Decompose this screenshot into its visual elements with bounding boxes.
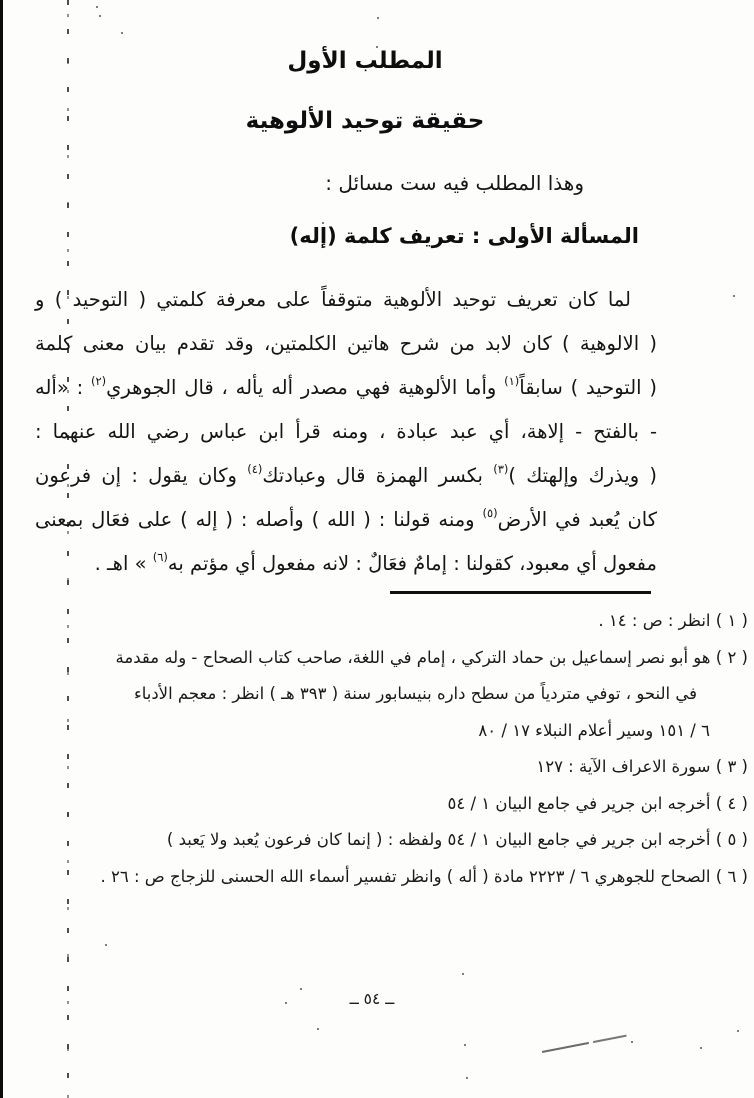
footnote-ref: (٦) xyxy=(153,550,168,564)
footnote-line: ( ٤ ) أخرجه ابن جرير في جامع البيان ١ / … xyxy=(30,787,748,824)
footnote-line: ( ٢ ) هو أبو نصر إسماعيل بن حماد التركي … xyxy=(30,641,748,678)
body-line: ( ويذرك وإلهتك )(٣) بكسر الهمزة قال وعبا… xyxy=(35,456,657,500)
scanned-book-page: المطلب الأول حقيقة توحيد الألوهية وهذا ا… xyxy=(0,0,754,1098)
scan-speck xyxy=(733,295,735,297)
body-line: كان يُعبد في الأرض(٥) ومنه قولنا : ( الل… xyxy=(35,500,657,544)
scan-speck xyxy=(466,1077,468,1079)
body-text: ( التوحيد ) سابقاً xyxy=(519,376,657,399)
scan-speck xyxy=(376,46,378,48)
body-line: لما كان تعريف توحيد الألوهية متوقفاً على… xyxy=(35,280,657,324)
body-paragraph: لما كان تعريف توحيد الألوهية متوقفاً على… xyxy=(35,280,657,588)
body-text: ومنه قولنا : ( الله ) وأصله : ( إله ) عل… xyxy=(35,508,482,531)
scan-speck xyxy=(99,15,101,17)
page-number: ــ ٥٤ ــ xyxy=(332,990,412,1008)
scan-speck xyxy=(377,17,379,19)
body-text: بكسر الهمزة قال وعبادتك xyxy=(262,464,493,487)
scan-left-border xyxy=(0,0,3,1098)
body-text: لما كان تعريف توحيد الألوهية متوقفاً على… xyxy=(35,288,631,311)
body-text: ( ويذرك وإلهتك ) xyxy=(508,464,657,487)
footnote-line: في النحو ، توفي متردياً من سطح داره بنيس… xyxy=(30,677,748,714)
scan-speck xyxy=(322,222,324,224)
body-line: ( التوحيد ) سابقاً(١) وأما الألوهية فهي … xyxy=(35,368,657,412)
body-text: وأما الألوهية فهي مصدر أله يأله ، قال ال… xyxy=(106,376,504,399)
footnote-ref: (١) xyxy=(504,374,519,388)
footnotes-block: ( ١ ) انظر : ص : ١٤ .( ٢ ) هو أبو نصر إس… xyxy=(30,604,748,896)
footnote-ref: (٣) xyxy=(493,462,508,476)
scan-speck xyxy=(737,1030,739,1032)
body-line: - بالفتح - إلاهة، أي عبد عبادة ، ومنه قر… xyxy=(35,412,657,456)
footnote-separator xyxy=(390,591,651,594)
footnote-ref: (٤) xyxy=(247,462,262,476)
body-text: - بالفتح - إلاهة، أي عبد عبادة ، ومنه قر… xyxy=(35,420,657,443)
scan-speck xyxy=(700,1047,702,1049)
footnote-line: ( ١ ) انظر : ص : ١٤ . xyxy=(30,604,748,641)
scan-speck xyxy=(631,1041,633,1043)
scan-speck xyxy=(462,973,464,975)
scratch-mark xyxy=(542,1035,627,1053)
body-text: » اهـ . xyxy=(95,552,153,575)
scan-speck xyxy=(105,944,107,946)
scan-speck xyxy=(317,1028,319,1030)
scan-speck xyxy=(285,1002,287,1004)
footnote-line: ( ٦ ) الصحاح للجوهري ٦ / ٢٢٢٣ مادة ( أله… xyxy=(30,860,748,897)
footnote-line: ( ٣ ) سورة الاعراف الآية : ١٢٧ xyxy=(30,750,748,787)
body-text: وكان يقول : إن فرعون xyxy=(35,464,247,487)
scan-speck xyxy=(464,1044,466,1046)
footnote-line: ٦ / ١٥١ وسير أعلام النبلاء ١٧ / ٨٠ xyxy=(30,714,748,751)
body-text: : «أله xyxy=(35,376,91,399)
body-text: كان يُعبد في الأرض xyxy=(498,508,657,531)
footnote-ref: (٥) xyxy=(482,506,497,520)
section-heading: المسألة الأولى : تعريف كلمة (إله) xyxy=(290,224,639,248)
body-line: مفعول أي معبود، كقولنا : إمامٌ فعَالٌ : … xyxy=(35,544,657,588)
intro-line: وهذا المطلب فيه ست مسائل : xyxy=(325,171,584,195)
scan-speck xyxy=(300,988,302,990)
scan-speck xyxy=(121,32,123,34)
body-text: مفعول أي معبود، كقولنا : إمامٌ فعَالٌ : … xyxy=(168,552,657,575)
footnote-ref: (٢) xyxy=(91,374,106,388)
scan-speck xyxy=(96,6,98,8)
topic-title: المطلب الأول xyxy=(35,48,695,74)
body-text: ( الالوهية ) كان لابد من شرح هاتين الكلم… xyxy=(35,332,657,355)
body-line: ( الالوهية ) كان لابد من شرح هاتين الكلم… xyxy=(35,324,657,368)
chapter-subtitle: حقيقة توحيد الألوهية xyxy=(35,108,695,134)
footnote-line: ( ٥ ) أخرجه ابن جرير في جامع البيان ١ / … xyxy=(30,823,748,860)
